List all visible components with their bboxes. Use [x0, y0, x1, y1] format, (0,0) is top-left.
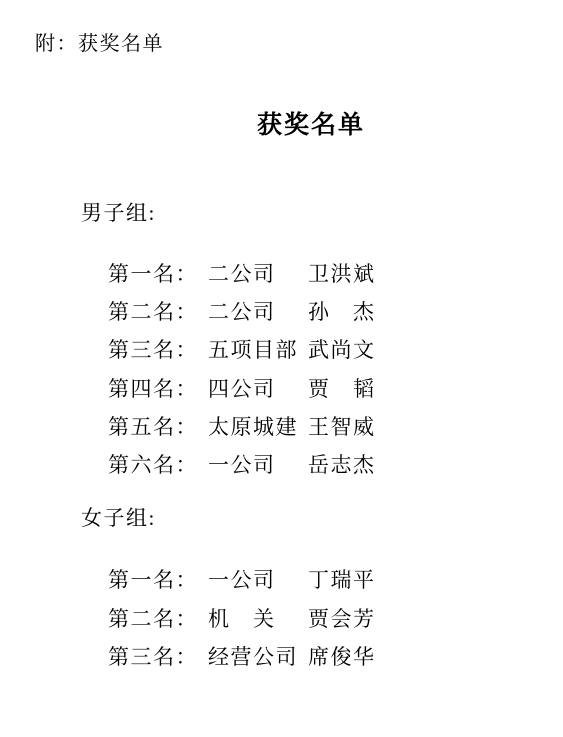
award-row-women-1: 第一名：一公司丁瑞平 — [81, 544, 376, 570]
award-row-women-2: 第二名：机 关贾会芳 — [81, 583, 376, 609]
award-row-men-1: 第一名：二公司卫洪斌 — [81, 238, 376, 264]
page-title: 获奖名单 — [257, 111, 365, 141]
rank-label: 第三名： — [108, 645, 208, 669]
company-name: 一公司 — [208, 453, 308, 477]
winner-name: 岳志杰 — [308, 453, 376, 477]
award-row-men-6: 第六名：一公司岳志杰 — [81, 429, 376, 455]
attachment-note: 附：获奖名单 — [35, 32, 164, 56]
award-row-men-4: 第四名：四公司贾 韬 — [81, 353, 376, 379]
winner-name: 席俊华 — [308, 645, 376, 669]
group-heading-women: 女子组: — [81, 506, 156, 530]
award-row-women-3: 第三名：经营公司席俊华 — [81, 621, 376, 647]
rank-label: 第六名： — [108, 453, 208, 477]
document-page: 附：获奖名单 获奖名单 男子组: 第一名：二公司卫洪斌 第二名：二公司孙 杰 第… — [0, 0, 563, 737]
award-row-men-5: 第五名：太原城建王智威 — [81, 391, 376, 417]
award-row-men-2: 第二名：二公司孙 杰 — [81, 276, 376, 302]
company-name: 经营公司 — [208, 645, 308, 669]
award-row-men-3: 第三名：五项目部武尚文 — [81, 314, 376, 340]
group-heading-men: 男子组: — [81, 201, 156, 225]
